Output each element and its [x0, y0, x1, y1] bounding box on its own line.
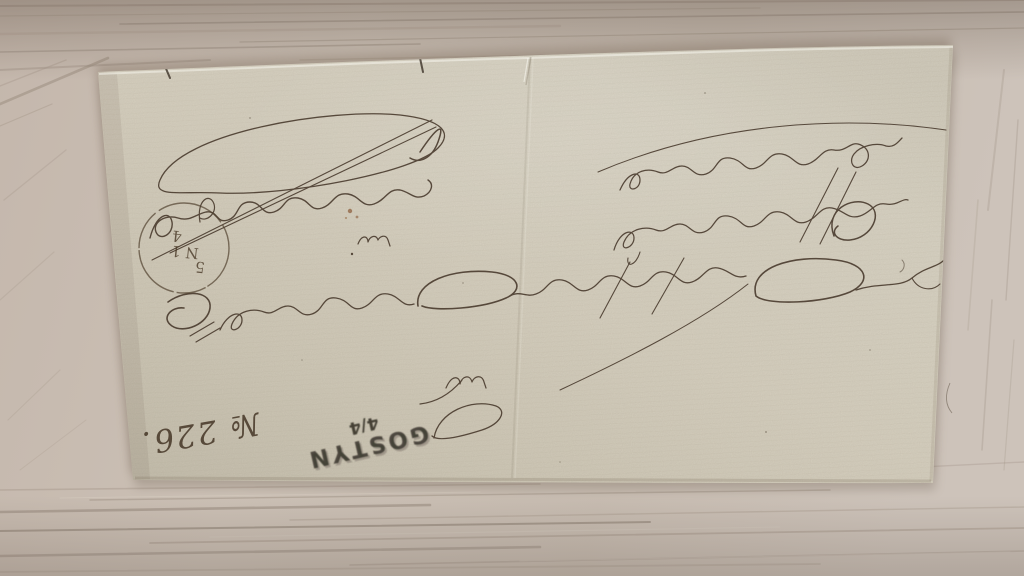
- postmark-text-row: N 1: [170, 242, 199, 263]
- scene: 4 N 1 5 GOSTYN GOSTYN 4/4 № 226.: [0, 0, 1024, 576]
- letter-paper: 4 N 1 5 GOSTYN GOSTYN 4/4 № 226.: [90, 10, 970, 490]
- postmark-text-row: 5: [194, 258, 205, 277]
- photo-of-old-letter: 4 N 1 5 GOSTYN GOSTYN 4/4 № 226.: [0, 0, 1024, 576]
- bottom-shadow-band: [0, 496, 1024, 576]
